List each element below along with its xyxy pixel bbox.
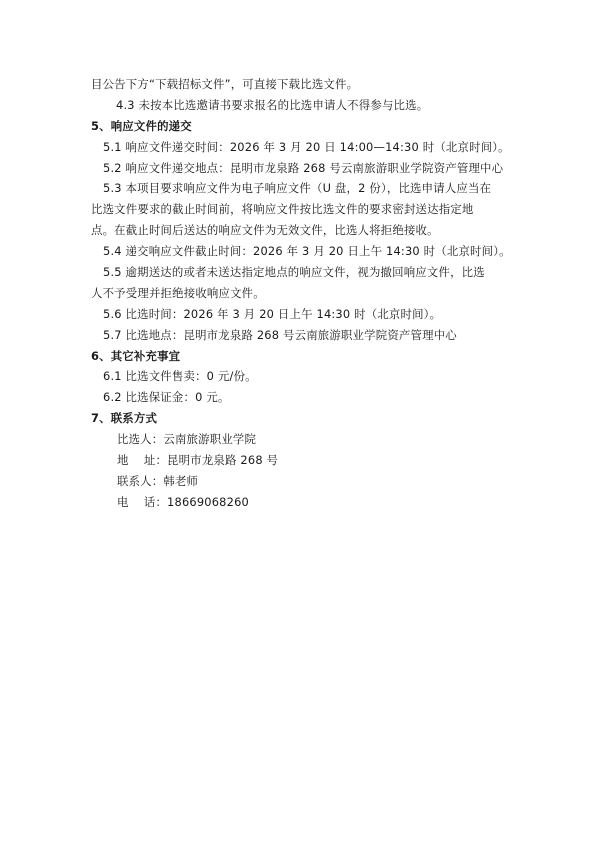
item-5-3-cont-2: 点。在截止时间后送达的响应文件为无效文件，比选人将拒绝接收。 bbox=[91, 220, 511, 241]
intro-tail-text: 目公告下方“下载招标文件”，可直接下载比选文件。 bbox=[91, 74, 511, 95]
item-6-2: 6.2 比选保证金：0 元。 bbox=[91, 387, 511, 408]
item-5-6: 5.6 比选时间：2026 年 3 月 20 日上午 14:30 时（北京时间）… bbox=[91, 304, 511, 325]
section-5-heading: 5、响应文件的递交 bbox=[91, 116, 511, 137]
item-5-2: 5.2 响应文件递交地点：昆明市龙泉路 268 号云南旅游职业学院资产管理中心 bbox=[91, 158, 511, 179]
section-7-heading: 7、联系方式 bbox=[91, 408, 511, 429]
item-5-3: 5.3 本项目要求响应文件为电子响应文件（U 盘，2 份），比选申请人应当在 bbox=[91, 178, 511, 199]
item-4-3: 4.3 未按本比选邀请书要求报名的比选申请人不得参与比选。 bbox=[91, 95, 511, 116]
item-6-1: 6.1 比选文件售卖：0 元/份。 bbox=[91, 366, 511, 387]
document-page: 目公告下方“下载招标文件”，可直接下载比选文件。 4.3 未按本比选邀请书要求报… bbox=[91, 74, 511, 513]
contact-person: 联系人：韩老师 bbox=[91, 471, 511, 492]
contact-phone: 电 话：18669068260 bbox=[91, 492, 511, 513]
item-5-1: 5.1 响应文件递交时间：2026 年 3 月 20 日 14:00—14:30… bbox=[91, 137, 511, 158]
section-6-heading: 6、其它补充事宜 bbox=[91, 346, 511, 367]
item-5-5-cont: 人不予受理并拒绝接收响应文件。 bbox=[91, 283, 511, 304]
contact-address: 地 址：昆明市龙泉路 268 号 bbox=[91, 450, 511, 471]
item-5-5: 5.5 逾期送达的或者未送达指定地点的响应文件，视为撤回响应文件，比选 bbox=[91, 262, 511, 283]
item-5-7: 5.7 比选地点：昆明市龙泉路 268 号云南旅游职业学院资产管理中心 bbox=[91, 325, 511, 346]
item-5-3-cont-1: 比选文件要求的截止时间前，将响应文件按比选文件的要求密封送达指定地 bbox=[91, 199, 511, 220]
item-5-4: 5.4 递交响应文件截止时间：2026 年 3 月 20 日上午 14:30 时… bbox=[91, 241, 511, 262]
contact-organizer: 比选人：云南旅游职业学院 bbox=[91, 429, 511, 450]
